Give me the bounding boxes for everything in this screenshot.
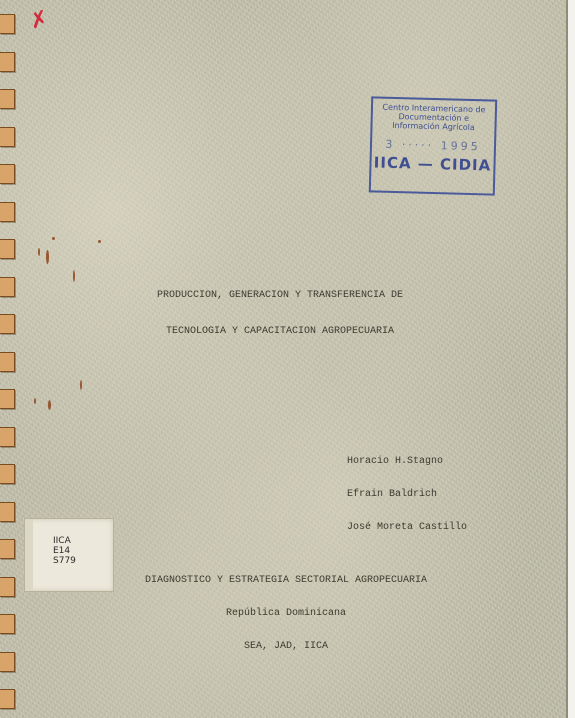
- spiral-tab: [0, 164, 15, 184]
- author-list: Horacio H.Stagno Efrain Baldrich José Mo…: [347, 434, 467, 555]
- stamp-organization: IICA — CIDIA: [371, 153, 493, 174]
- rust-stain: [80, 380, 82, 390]
- spiral-tab: [0, 314, 15, 334]
- rust-stain: [98, 240, 101, 243]
- call-number-line: IICA: [53, 536, 76, 546]
- stamp-org-right: CIDIA: [440, 155, 492, 174]
- spiral-tab: [0, 652, 15, 672]
- spiral-tab: [0, 127, 15, 147]
- title-line: PRODUCCION, GENERACION Y TRANSFERENCIA D…: [130, 290, 430, 302]
- author: Horacio H.Stagno: [347, 456, 467, 467]
- spiral-tab: [0, 352, 15, 372]
- stamp-dash: —: [418, 155, 434, 173]
- spiral-tab: [0, 202, 15, 222]
- document-cover: ✗ Centro Interamericano de Documentación…: [0, 0, 568, 718]
- stamp-org-left: IICA: [374, 153, 412, 172]
- title-line: TECNOLOGIA Y CAPACITACION AGROPECUARIA: [130, 326, 430, 338]
- spiral-tab: [0, 14, 15, 34]
- spiral-tab: [0, 502, 15, 522]
- stamp-line: Información Agrícola: [372, 120, 494, 132]
- stamp-date: 3 ····· 1995: [372, 137, 494, 153]
- spiral-tab: [0, 389, 15, 409]
- rust-stain: [48, 400, 51, 410]
- spiral-tab: [0, 577, 15, 597]
- rust-stain: [73, 270, 75, 282]
- spiral-tab: [0, 427, 15, 447]
- call-number-line: E14: [53, 546, 76, 556]
- country: República Dominicana: [122, 608, 450, 619]
- library-call-number-label: IICA E14 S779: [24, 518, 114, 592]
- spiral-tab: [0, 539, 15, 559]
- rust-stain: [34, 398, 36, 404]
- spiral-tab: [0, 689, 15, 709]
- call-number-line: S779: [53, 556, 76, 566]
- spiral-tab: [0, 89, 15, 109]
- spiral-tab: [0, 277, 15, 297]
- author: José Moreta Castillo: [347, 522, 467, 533]
- spiral-tab: [0, 52, 15, 72]
- handwritten-mark: ✗: [27, 6, 51, 35]
- spiral-tab: [0, 614, 15, 634]
- series-title: DIAGNOSTICO Y ESTRATEGIA SECTORIAL AGROP…: [122, 575, 450, 586]
- document-title: PRODUCCION, GENERACION Y TRANSFERENCIA D…: [130, 266, 430, 362]
- library-stamp: Centro Interamericano de Documentación e…: [369, 96, 497, 195]
- label-strip: [25, 519, 33, 591]
- call-number: IICA E14 S779: [53, 536, 76, 566]
- spiral-tab: [0, 464, 15, 484]
- rust-stain: [52, 237, 55, 240]
- rust-stain: [38, 248, 40, 256]
- author: Efrain Baldrich: [347, 489, 467, 500]
- publishers: SEA, JAD, IICA: [122, 641, 450, 652]
- rust-stain: [46, 250, 49, 264]
- series-footer: DIAGNOSTICO Y ESTRATEGIA SECTORIAL AGROP…: [122, 553, 450, 674]
- spiral-tab: [0, 239, 15, 259]
